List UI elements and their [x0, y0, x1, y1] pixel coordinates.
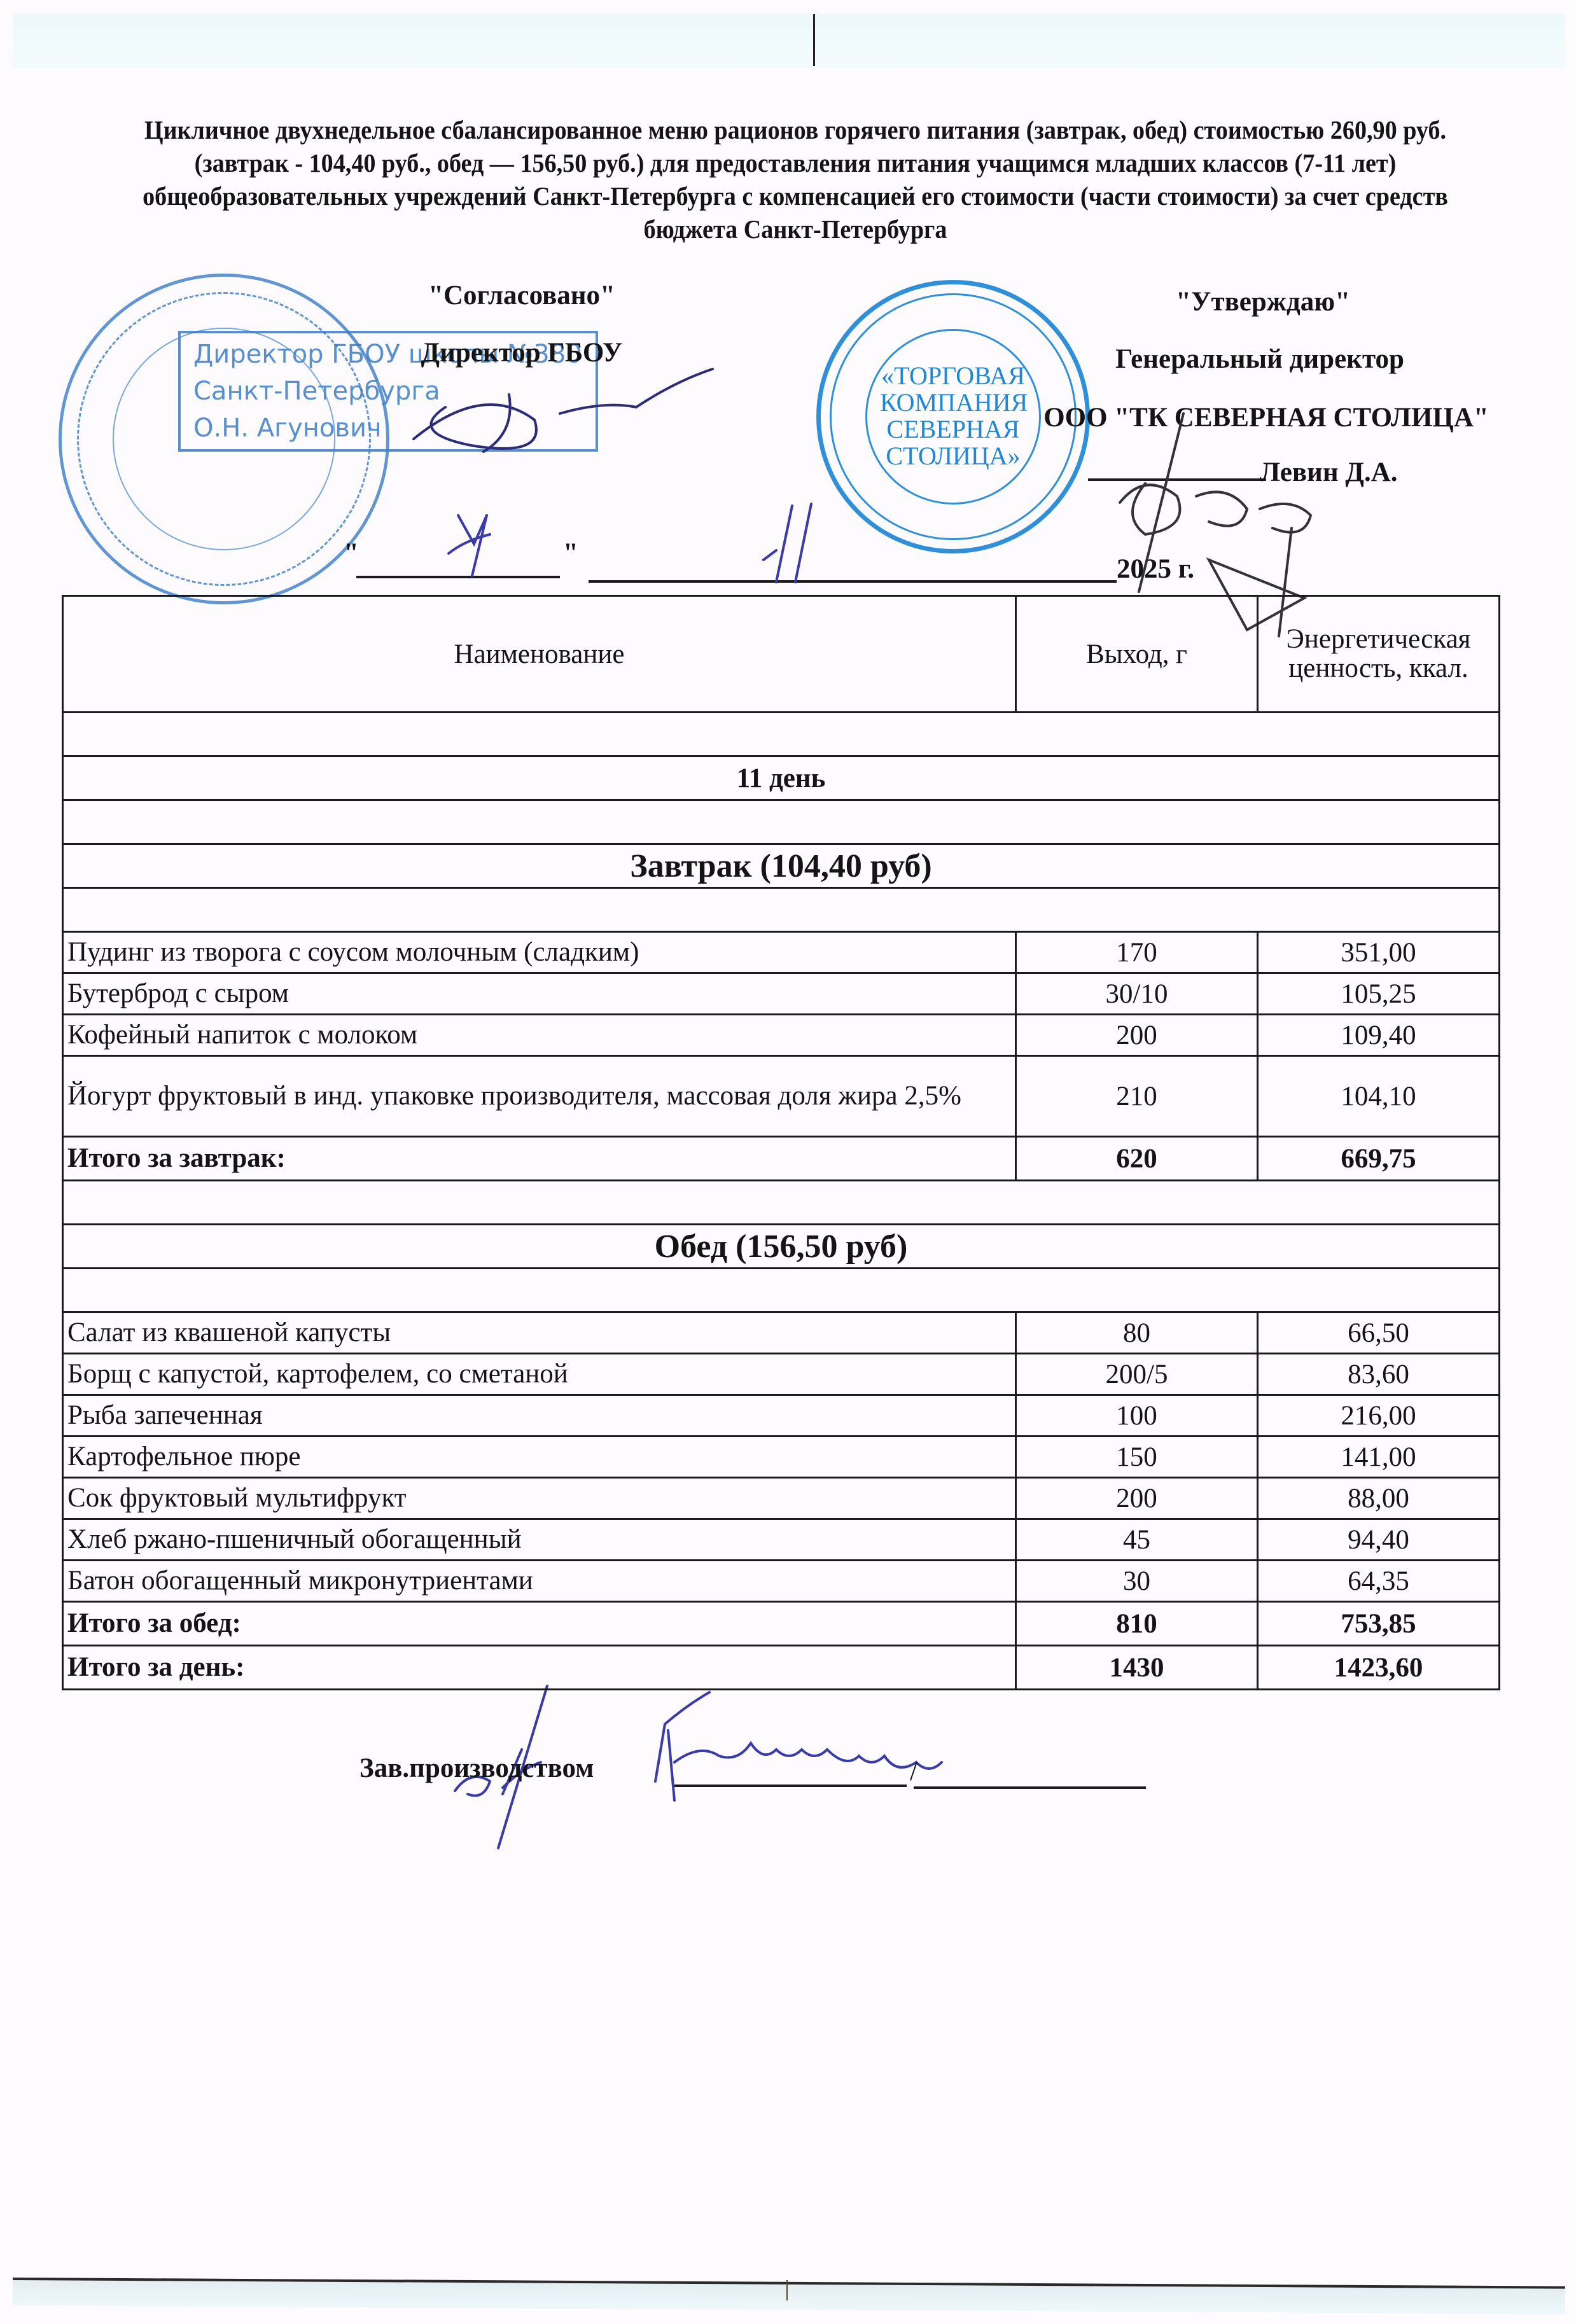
table-row: Хлеб ржано-пшеничный обогащенный 45 94,4… [63, 1519, 1500, 1561]
date-day-line [356, 576, 560, 578]
dish-yield: 100 [1016, 1395, 1258, 1437]
handwritten-day [449, 515, 490, 576]
total-yield: 620 [1016, 1137, 1258, 1181]
table-row: Батон обогащенный микронутриентами 30 64… [63, 1561, 1500, 1602]
approved-company: ООО "ТК СЕВЕРНАЯ СТОЛИЦА" [1043, 402, 1489, 433]
table-row: Борщ с капустой, картофелем, со сметаной… [63, 1354, 1500, 1395]
dish-energy: 216,00 [1258, 1395, 1500, 1437]
approved-position: Генеральный директор [1082, 344, 1438, 375]
date-year: 2025 г. [1117, 553, 1194, 585]
dish-name: Йогурт фруктовый в инд. упаковке произво… [63, 1056, 1016, 1137]
footer-separator: / [910, 1756, 917, 1787]
dish-yield: 210 [1016, 1056, 1258, 1137]
dish-yield: 150 [1016, 1437, 1258, 1478]
dish-name: Рыба запеченная [63, 1395, 1016, 1437]
total-energy: 669,75 [1258, 1137, 1500, 1181]
lunch-total-row: Итого за обед: 810 753,85 [63, 1602, 1500, 1646]
dish-name: Пудинг из творога с соусом молочным (сла… [63, 932, 1016, 973]
table-row: Сок фруктовый мультифрукт 200 88,00 [63, 1478, 1500, 1519]
table-row: Кофейный напиток с молоком 200 109,40 [63, 1015, 1500, 1056]
dish-name: Салат из квашеной капусты [63, 1312, 1016, 1354]
dish-name: Бутерброд с сыром [63, 973, 1016, 1015]
production-manager-label: Зав.производством [359, 1753, 594, 1784]
table-row: Бутерброд с сыром 30/10 105,25 [63, 973, 1500, 1015]
table-header-row: Наименование Выход, г Энергетическая цен… [63, 596, 1500, 713]
stamp-line: О.Н. Агунович [193, 410, 596, 447]
total-yield: 1430 [1016, 1646, 1258, 1690]
footer-name-line [914, 1786, 1146, 1789]
handwritten-month [764, 504, 811, 582]
total-energy: 1423,60 [1258, 1646, 1500, 1690]
dish-yield: 200/5 [1016, 1354, 1258, 1395]
table-row: Йогурт фруктовый в инд. упаковке произво… [63, 1056, 1500, 1137]
dish-name: Борщ с капустой, картофелем, со сметаной [63, 1354, 1016, 1395]
dish-name: Сок фруктовый мультифрукт [63, 1478, 1016, 1519]
company-stamp-text: «ТОРГОВАЯ КОМПАНИЯ СЕВЕРНАЯ СТОЛИЦА» [880, 363, 1026, 470]
table-row: Пудинг из творога с соусом молочным (сла… [63, 932, 1500, 973]
table-row: Рыба запеченная 100 216,00 [63, 1395, 1500, 1437]
menu-table: Наименование Выход, г Энергетическая цен… [62, 595, 1500, 1690]
spacer-row [63, 800, 1500, 844]
signature-line [1088, 478, 1266, 481]
day-total-row: Итого за день: 1430 1423,60 [63, 1646, 1500, 1690]
dish-name: Кофейный напиток с молоком [63, 1015, 1016, 1056]
total-yield: 810 [1016, 1602, 1258, 1646]
dish-yield: 30 [1016, 1561, 1258, 1602]
dish-energy: 104,10 [1258, 1056, 1500, 1137]
dish-yield: 80 [1016, 1312, 1258, 1354]
dish-energy: 64,35 [1258, 1561, 1500, 1602]
scan-fold-line [813, 14, 815, 66]
header-yield: Выход, г [1016, 596, 1258, 713]
dish-energy: 141,00 [1258, 1437, 1500, 1478]
dish-energy: 109,40 [1258, 1015, 1500, 1056]
date-close-quote: " [563, 538, 578, 569]
table-row: Картофельное пюре 150 141,00 [63, 1437, 1500, 1478]
document-title: Цикличное двухнедельное сбалансированное… [132, 113, 1458, 246]
dish-name: Картофельное пюре [63, 1437, 1016, 1478]
total-label: Итого за день: [63, 1646, 1016, 1690]
lunch-title: Обед (156,50 руб) [63, 1225, 1500, 1269]
breakfast-title: Завтрак (104,40 руб) [63, 844, 1500, 888]
dish-name: Батон обогащенный микронутриентами [63, 1561, 1016, 1602]
dish-name: Хлеб ржано-пшеничный обогащенный [63, 1519, 1016, 1561]
spacer-row [63, 713, 1500, 756]
dish-energy: 83,60 [1258, 1354, 1500, 1395]
header-energy: Энергетическая ценность, ккал. [1258, 596, 1500, 713]
dish-energy: 351,00 [1258, 932, 1500, 973]
total-label: Итого за обед: [63, 1602, 1016, 1646]
dish-yield: 200 [1016, 1015, 1258, 1056]
total-label: Итого за завтрак: [63, 1137, 1016, 1181]
spacer-row [63, 1181, 1500, 1225]
approved-heading: "Утверждаю" [1120, 286, 1406, 317]
header-name: Наименование [63, 596, 1016, 713]
spacer-row [63, 888, 1500, 932]
spacer-row [63, 1269, 1500, 1312]
scan-fold-line [786, 2280, 788, 2300]
dish-yield: 30/10 [1016, 973, 1258, 1015]
scan-edge-top [13, 14, 1565, 68]
table-row: Салат из квашеной капусты 80 66,50 [63, 1312, 1500, 1354]
footer-signature-line [674, 1785, 907, 1787]
agreed-position: Директор ГБОУ [388, 337, 655, 368]
scan-edge-bottom [13, 2278, 1565, 2314]
dish-energy: 66,50 [1258, 1312, 1500, 1354]
agreed-heading: "Согласовано" [388, 280, 655, 311]
approved-signer: Левин Д.А. [1260, 457, 1438, 488]
dish-energy: 88,00 [1258, 1478, 1500, 1519]
dish-yield: 200 [1016, 1478, 1258, 1519]
dish-energy: 105,25 [1258, 973, 1500, 1015]
total-energy: 753,85 [1258, 1602, 1500, 1646]
date-open-quote: " [344, 538, 359, 569]
date-month-line [589, 580, 1117, 583]
dish-yield: 45 [1016, 1519, 1258, 1561]
stamp-line: Санкт-Петербурга [193, 373, 596, 410]
dish-yield: 170 [1016, 932, 1258, 973]
dish-energy: 94,40 [1258, 1519, 1500, 1561]
day-label: 11 день [63, 756, 1500, 800]
breakfast-total-row: Итого за завтрак: 620 669,75 [63, 1137, 1500, 1181]
